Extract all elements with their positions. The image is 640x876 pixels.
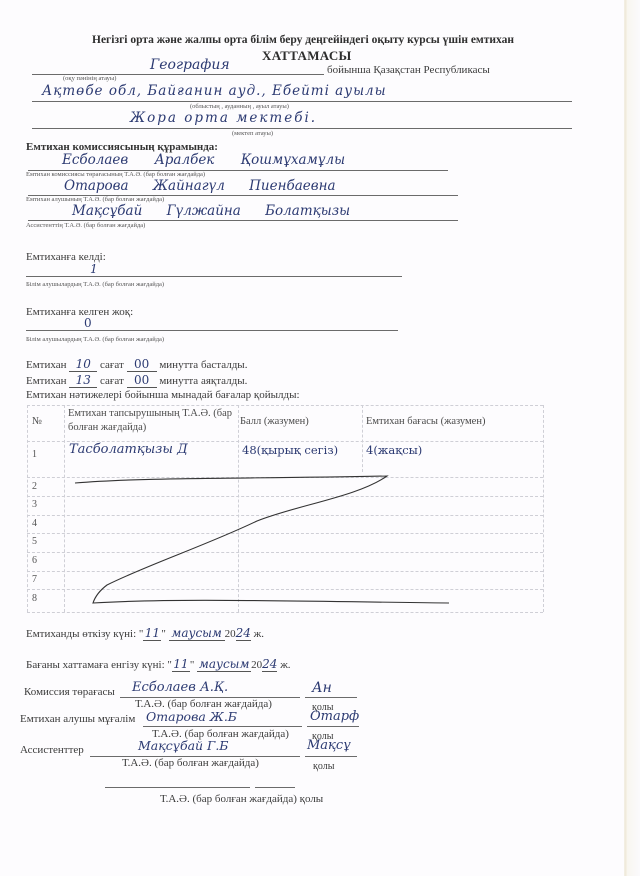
exam-start-minute[interactable]: 00 [134, 357, 149, 371]
student-score[interactable]: 48(қырық сегіз) [242, 443, 338, 457]
exam-start-line: Емтихан 10 сағат 00 минутта басталды. [26, 357, 247, 372]
exam-date-day[interactable]: 11 [145, 626, 160, 640]
location-caption: (облыстың , ауданның , ауыл атауы) [190, 103, 289, 110]
exam-end-hour-word: сағат [100, 375, 124, 387]
entry-date-year[interactable]: 24 [262, 657, 277, 671]
exam-end-prefix: Емтихан [26, 375, 67, 387]
assistants-name-caption: Т.А.Ә. (бар болған жағдайда) [122, 757, 259, 769]
commission-chair-caption: Емтихан комиссиясы төрағасының Т.А.Ә. (б… [26, 171, 205, 178]
header-grade: Емтихан бағасы (жазумен) [366, 416, 485, 427]
exam-end-suffix: минутта аяқталды. [159, 375, 247, 387]
teacher-name-line [143, 726, 302, 727]
entry-date-day[interactable]: 11 [173, 657, 188, 671]
absent-caption: Білім алушылардың Т.А.Ә. (бар болған жағ… [26, 336, 164, 343]
attended-value[interactable]: 1 [90, 262, 98, 276]
commission-assistant-caption: Ассистенттің Т.А.Ә. (бар болған жағдайда… [26, 222, 145, 229]
results-intro: Емтихан нәтижелері бойынша мынадай бағал… [26, 389, 300, 401]
extra-sign-line [255, 787, 295, 788]
location-value[interactable]: Ақтөбе обл, Байғанин ауд., Ебейті ауылы [42, 83, 387, 99]
row-number: 6 [32, 555, 37, 566]
row-number: 2 [32, 481, 37, 492]
row-number: 7 [32, 574, 37, 585]
school-value[interactable]: Жорa орта мектебі. [130, 110, 317, 126]
teacher-label: Емтихан алушы мұғалім [20, 713, 135, 725]
commission-examiner-value[interactable]: Отарова Жайнагүл Пиенбаевна [64, 178, 336, 194]
z-cancel-stroke [27, 405, 543, 612]
chair-sign-line [305, 697, 357, 698]
results-table: № Емтихан тапсырушының Т.А.Ә. (бар болға… [27, 405, 543, 612]
exam-start-prefix: Емтихан [26, 359, 67, 371]
chair-label: Комиссия төрағасы [24, 686, 115, 698]
document-heading: ХАТТАМАСЫ [262, 48, 352, 64]
row-number: 5 [32, 536, 37, 547]
exam-date-month[interactable]: маусым [171, 626, 222, 640]
location-line [32, 101, 572, 102]
commission-examiner-caption: Емтихан алушының Т.А.Ә. (бар болған жағд… [26, 196, 164, 203]
exam-start-suffix: минутта басталды. [159, 359, 247, 371]
exam-end-minute[interactable]: 00 [134, 373, 149, 387]
teacher-name[interactable]: Отарова Ж.Б [146, 709, 237, 724]
extra-caption: Т.А.Ә. (бар болған жағдайда) қолы [160, 793, 323, 805]
row-number: 1 [32, 449, 37, 460]
header-number: № [32, 416, 42, 427]
extra-name-line [105, 787, 250, 788]
exam-date: Емтиханды өткізу күні: "11" маусым2024 ж… [26, 626, 264, 641]
exam-end-line: Емтихан 13 сағат 00 минутта аяқталды. [26, 373, 247, 388]
commission-assistant-value[interactable]: Мақсұбай Гүлжайна Болатқызы [72, 203, 350, 219]
entry-date: Бағаны хаттамаға енгізу күні: "11" маусы… [26, 657, 291, 672]
student-grade[interactable]: 4(жақсы) [366, 443, 422, 457]
header-score: Балл (жазумен) [240, 416, 309, 427]
commission-chair-value[interactable]: Есболаев Аралбек Қошмұхамұлы [62, 152, 345, 168]
document-title: Негізгі орта және жалпы орта білім беру … [92, 34, 514, 46]
school-caption: (мектеп атауы) [232, 130, 273, 137]
attended-caption: Білім алушылардың Т.А.Ә. (бар болған жағ… [26, 281, 164, 288]
assistants-sign-line [305, 756, 357, 757]
assistants-name[interactable]: Мақсұбай Г.Б [138, 738, 229, 753]
subject-caption: (оқу пәнінің атауы) [63, 75, 116, 82]
exam-start-hour-word: сағат [100, 359, 124, 371]
absent-value[interactable]: 0 [84, 316, 92, 330]
absent-label: Емтиханға келген жоқ: [26, 306, 133, 318]
subject-value[interactable]: География [150, 57, 230, 73]
assistants-signature[interactable]: Мақсұ [307, 738, 351, 753]
absent-line [26, 330, 398, 331]
school-line [32, 128, 572, 129]
entry-date-month[interactable]: маусым [199, 657, 250, 671]
row-number: 8 [32, 593, 37, 604]
chair-name[interactable]: Есболаев А.Қ. [132, 680, 228, 695]
assistants-sign-caption: қолы [313, 761, 334, 772]
teacher-sign-line [307, 726, 359, 727]
exam-date-year[interactable]: 24 [236, 626, 251, 640]
attended-line [26, 276, 402, 277]
exam-start-hour[interactable]: 10 [76, 357, 91, 371]
exam-end-hour[interactable]: 13 [76, 373, 91, 387]
row-number: 4 [32, 518, 37, 529]
row-number: 3 [32, 499, 37, 510]
assistants-label: Ассистенттер [20, 744, 84, 756]
subject-suffix: бойынша Қазақстан Республикасы [327, 64, 490, 76]
commission-assistant-line [28, 220, 458, 221]
chair-signature[interactable]: Ан [312, 680, 332, 696]
page-edge [624, 0, 640, 876]
teacher-signature[interactable]: Отарф [310, 709, 359, 724]
header-student-name: Емтихан тапсырушының Т.А.Ә. (бар болған … [68, 407, 238, 435]
student-name[interactable]: Тасболатқызы Д [69, 442, 188, 457]
